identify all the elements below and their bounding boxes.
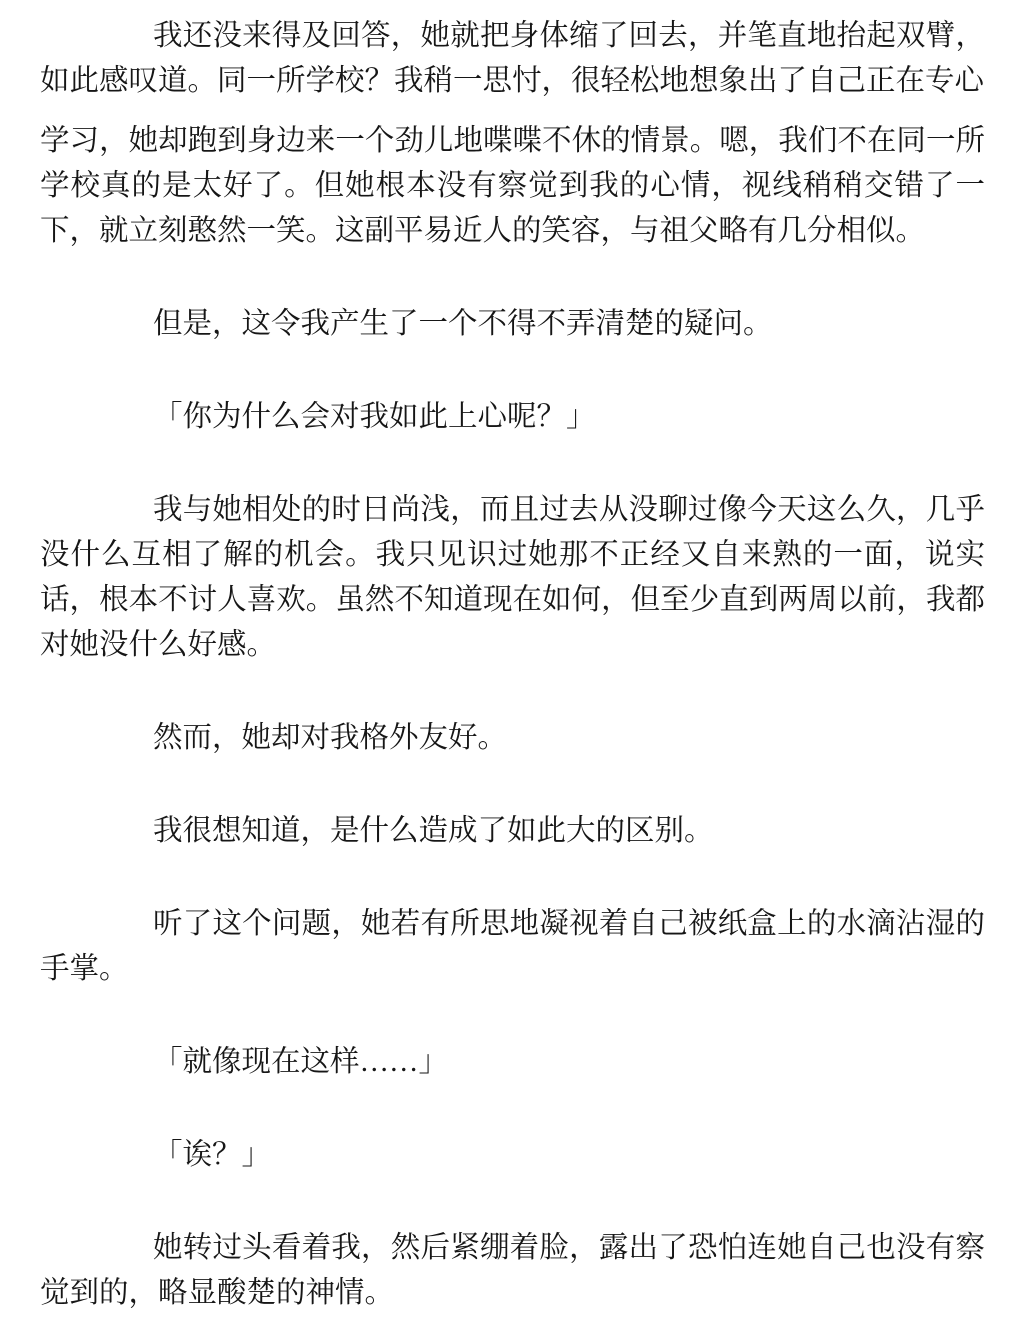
paragraph-2: 但是，这令我产生了一个不得不弄清楚的疑问。 (40, 302, 985, 347)
book-page: 我还没来得及回答，她就把身体缩了回去，并笔直地抬起双臂，如此感叹道。同一所学校？… (0, 0, 1020, 1320)
paragraph-6: 我很想知道，是什么造成了如此大的区别。 (40, 809, 985, 854)
text-column: 我还没来得及回答，她就把身体缩了回去，并笔直地抬起双臂，如此感叹道。同一所学校？… (0, 0, 1020, 1316)
paragraph-9-dialogue: 「诶？」 (40, 1133, 985, 1178)
paragraph-5: 然而，她却对我格外友好。 (40, 716, 985, 761)
paragraph-7: 听了这个问题，她若有所思地凝视着自己被纸盒上的水滴沾湿的手掌。 (40, 902, 985, 992)
paragraph-1: 我还没来得及回答，她就把身体缩了回去，并笔直地抬起双臂，如此感叹道。同一所学校？… (40, 14, 985, 104)
paragraph-3-dialogue: 「你为什么会对我如此上心呢？」 (40, 395, 985, 440)
paragraph-8-dialogue: 「就像现在这样……」 (40, 1040, 985, 1085)
paragraph-4: 我与她相处的时日尚浅，而且过去从没聊过像今天这么久，几乎没什么互相了解的机会。我… (40, 488, 985, 668)
paragraph-1-continued: 学习，她却跑到身边来一个劲儿地喋喋不休的情景。嗯，我们不在同一所学校真的是太好了… (40, 119, 985, 254)
paragraph-10: 她转过头看着我，然后紧绷着脸，露出了恐怕连她自己也没有察觉到的，略显酸楚的神情。 (40, 1226, 985, 1316)
